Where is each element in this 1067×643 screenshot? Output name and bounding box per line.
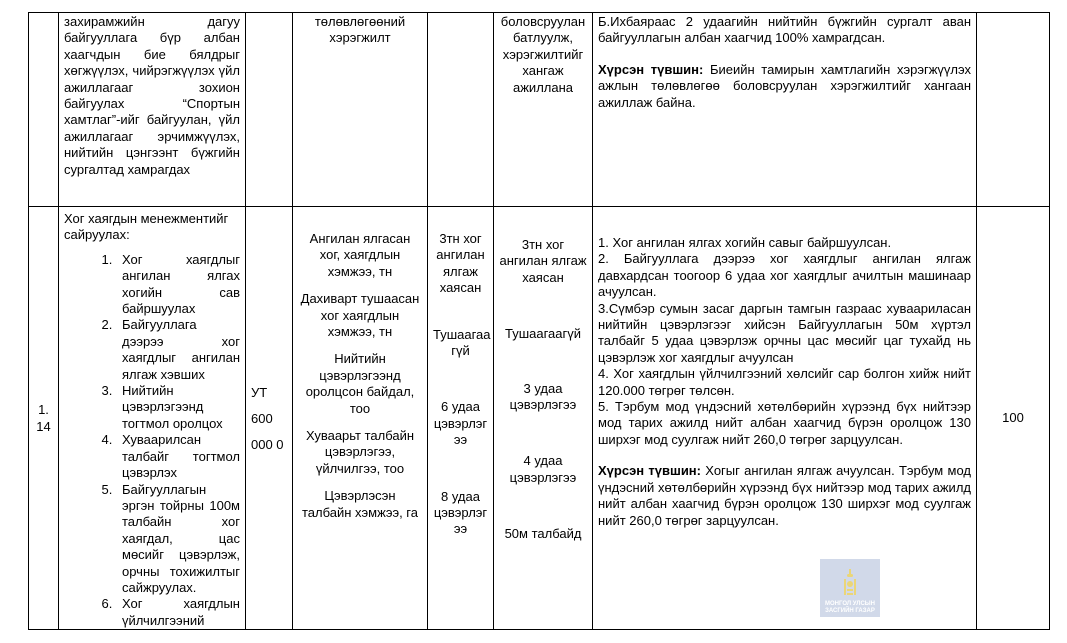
- baseline-cell: 3тн хог ангилан ялгаж хаясан Тушаагаа гү…: [428, 207, 494, 630]
- budget-cell: [246, 13, 293, 207]
- progress-paragraph: Б.Ихбаяраас 2 удаагийн нийтийн бүжгийн с…: [598, 14, 971, 47]
- progress-item: 3.Сүмбэр сумын засаг даргын тамгын газра…: [598, 301, 971, 367]
- score-cell: [977, 13, 1050, 207]
- progress-cell: Б.Ихбаяраас 2 удаагийн нийтийн бүжгийн с…: [593, 13, 977, 207]
- target-item: Тушаагаагүй: [499, 326, 587, 342]
- indicator-cell: Ангилан ялгасан хог, хаягдлын хэмжээ, тн…: [293, 207, 428, 630]
- baseline-item: 6 удаа цэвэрлэг ээ: [433, 399, 488, 448]
- progress-cell: 1. Хог ангилан ялгах хогийн савыг байршу…: [593, 207, 977, 630]
- table-row: 1. 14 Хог хаягдын менежментийг сайруулах…: [29, 207, 1050, 630]
- indicator-item: Нийтийн цэвэрлэгээнд оролцсон байдал, то…: [298, 351, 422, 417]
- baseline-item: 3тн хог ангилан ялгаж хаясан: [433, 231, 488, 297]
- score-cell: 100: [977, 207, 1050, 630]
- indicator-item: Хуваарьт талбайн цэвэрлэгээ, үйлчилгээ, …: [298, 428, 422, 477]
- achieved-level: Хүрсэн түвшин: Биеийн тамирын хамтлагийн…: [598, 62, 971, 111]
- watermark-text: МОНГОЛ УЛСЫН ЗАСГИЙН ГАЗАР: [825, 601, 875, 615]
- watermark-line1: МОНГОЛ УЛСЫН: [825, 601, 875, 608]
- progress-item: 5. Тэрбум мод үндэсний хөтөлбөрийн хүрээ…: [598, 399, 971, 448]
- watermark-line2: ЗАСГИЙН ГАЗАР: [825, 608, 875, 615]
- progress-item: 2. Байгууллага дээрээ хог хаягдлыг ангил…: [598, 251, 971, 300]
- achieved-level: Хүрсэн түвшин: Хогыг ангилан ялгаж ачуул…: [598, 463, 971, 529]
- task-item: Хог хаягдлыг ангилан ялгах хогийн сав ба…: [116, 252, 240, 318]
- indicator-item: Дахиварт тушаасан хог хаягдлын хэмжээ, т…: [298, 291, 422, 340]
- task-item: Хог хаягдлын үйлчилгээний: [116, 596, 240, 629]
- target-item: 3 удаа цэвэрлэгээ: [499, 381, 587, 414]
- target-cell: 3тн хог ангилан ялгаж хаясан Тушаагаагүй…: [494, 207, 593, 630]
- baseline-cell: [428, 13, 494, 207]
- progress-item: 1. Хог ангилан ялгах хогийн савыг байршу…: [598, 235, 971, 251]
- achieved-label: Хүрсэн түвшин:: [598, 463, 701, 478]
- task-item: Хуваарилсан талбайг тогтмол цэвэрлэх: [116, 432, 240, 481]
- government-logo-watermark: МОНГОЛ УЛСЫН ЗАСГИЙН ГАЗАР: [820, 559, 880, 617]
- achieved-label: Хүрсэн түвшин:: [598, 62, 703, 77]
- table-row: захирамжийн дагуу байгууллага бүр албан …: [29, 13, 1050, 207]
- task-cell: Хог хаягдын менежментийг сайруулах: Хог …: [59, 207, 246, 630]
- target-item: 50м талбайд: [499, 526, 587, 542]
- row-number-cell: [29, 13, 59, 207]
- indicator-item: Ангилан ялгасан хог, хаягдлын хэмжээ, тн: [298, 231, 422, 280]
- budget-cell: УТ 600 000 0: [246, 207, 293, 630]
- baseline-item: Тушаагаа гүй: [433, 327, 488, 360]
- row-number-cell: 1. 14: [29, 207, 59, 630]
- target-item: 3тн хог ангилан ялгаж хаясан: [499, 237, 587, 286]
- indicator-item: Цэвэрлэсэн талбайн хэмжээ, га: [298, 488, 422, 521]
- progress-item: 4. Хог хаягдлын үйлчилгээний хөлсийг сар…: [598, 366, 971, 399]
- task-item: Байгууллагын эргэн тойрны 100м талбайн х…: [116, 482, 240, 597]
- report-table: захирамжийн дагуу байгууллага бүр албан …: [28, 12, 1050, 630]
- task-cell: захирамжийн дагуу байгууллага бүр албан …: [59, 13, 246, 207]
- baseline-item: 8 удаа цэвэрлэг ээ: [433, 489, 488, 538]
- task-item: Байгууллага дээрээ хог хаягдлыг ангилан …: [116, 317, 240, 383]
- indicator-cell: төлөвлөгөөний хэрэгжилт: [293, 13, 428, 207]
- task-list: Хог хаягдлыг ангилан ялгах хогийн сав ба…: [64, 252, 240, 629]
- budget-value: УТ 600 000 0: [251, 380, 287, 458]
- task-intro: Хог хаягдын менежментийг сайруулах:: [64, 211, 240, 244]
- soyombo-emblem-icon: [844, 569, 856, 597]
- target-cell: боловсруулан батлуулж, хэрэгжилтийг ханг…: [494, 13, 593, 207]
- task-item: Нийтийн цэвэрлэгээнд тогтмол оролцох: [116, 383, 240, 432]
- target-item: 4 удаа цэвэрлэгээ: [499, 453, 587, 486]
